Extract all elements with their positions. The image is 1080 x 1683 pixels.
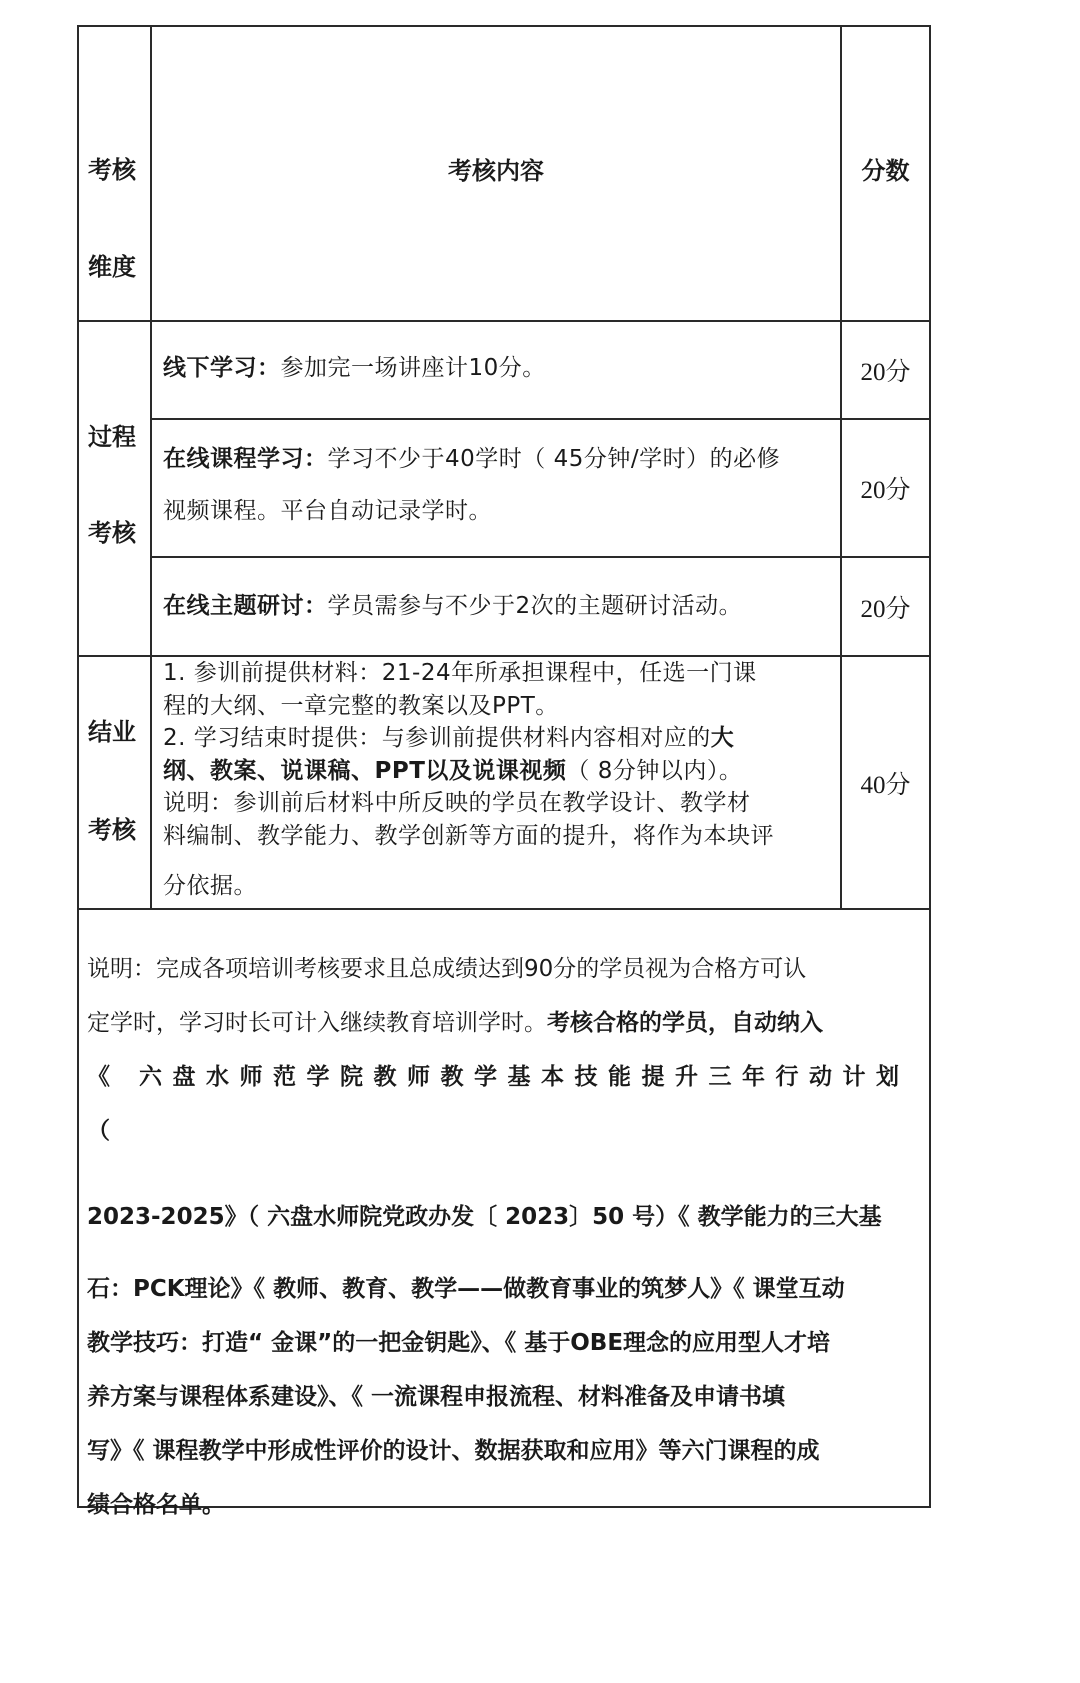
online-course-text-line1: 学习不少于40学时（ 45分钟/学时）的必修 xyxy=(328,446,781,472)
online-seminar-text: 学员需参与不少于2次的主题研讨活动。 xyxy=(328,593,743,619)
completion-line-6: 料编制、教学能力、教学创新等方面的提升，将作为本块评 xyxy=(163,820,835,853)
note-line-3: 《 六盘水师范学院教师教学基本技能提升三年行动计划（ xyxy=(87,1050,923,1158)
note-line-2-regular: 定学时，学习时长可计入继续教育培训学时。 xyxy=(87,1010,547,1036)
completion-line-3-bold: 大 xyxy=(711,725,735,751)
header-dimension-cell: 考核 维度 xyxy=(79,27,150,320)
online-course-label: 在线课程学习： xyxy=(163,446,328,472)
online-seminar-label: 在线主题研讨： xyxy=(163,593,328,619)
completion-line-7: 分依据。 xyxy=(163,870,835,903)
offline-score: 20分 xyxy=(860,352,910,388)
completion-line-1: 1. 参训前提供材料：21-24年所承担课程中，任选一门课 xyxy=(163,657,835,690)
online-seminar-score: 20分 xyxy=(860,589,910,625)
note-line-5: 石：PCK理论》《 教师、教育、教学——做教育事业的筑梦人》《 课堂互动 xyxy=(87,1262,923,1316)
online-course-score-cell: 20分 xyxy=(842,420,929,556)
process-row-online-course: 在线课程学习：学习不少于40学时（ 45分钟/学时）的必修 视频课程。平台自动记… xyxy=(163,420,833,556)
completion-score-cell: 40分 xyxy=(842,657,929,908)
completion-line-2: 程的大纲、一章完整的教案以及PPT。 xyxy=(163,690,835,723)
header-score: 分数 xyxy=(862,151,910,186)
completion-line-4-bold: 纲、教案、说课稿、PPT以及说课视频 xyxy=(163,758,566,784)
header-content-cell: 考核内容 xyxy=(152,27,840,320)
header-dimension-line1: 考核 xyxy=(88,158,136,182)
note-line-7: 养方案与课程体系建设》、《 一流课程申报流程、材料准备及申请书填 xyxy=(87,1370,923,1424)
header-content: 考核内容 xyxy=(448,151,544,186)
completion-content: 1. 参训前提供材料：21-24年所承担课程中，任选一门课 程的大纲、一章完整的… xyxy=(163,657,835,908)
process-row-online-seminar: 在线主题研讨：学员需参与不少于2次的主题研讨活动。 xyxy=(163,558,833,655)
completion-dimension-line1: 结业 xyxy=(88,720,136,744)
assessment-table: 考核 维度 考核内容 分数 过程 考核 线下学习：参加完一场讲座计10分。 20… xyxy=(77,25,931,1508)
header-dimension-line2: 维度 xyxy=(88,255,136,279)
completion-dimension-line2: 考核 xyxy=(88,818,136,842)
header-score-cell: 分数 xyxy=(842,27,929,320)
completion-dimension-cell: 结业 考核 xyxy=(79,657,150,908)
process-dimension-line2: 考核 xyxy=(88,521,136,545)
process-dimension-cell: 过程 考核 xyxy=(79,322,150,655)
offline-label: 线下学习： xyxy=(163,355,281,381)
offline-text: 参加完一场讲座计10分。 xyxy=(281,355,546,381)
process-row-offline: 线下学习：参加完一场讲座计10分。 xyxy=(163,322,833,418)
process-dimension-line1: 过程 xyxy=(88,425,136,449)
note-line-1: 说明：完成各项培训考核要求且总成绩达到90分的学员视为合格方可认 xyxy=(87,942,923,996)
completion-line-5: 说明：参训前后材料中所反映的学员在教学设计、教学材 xyxy=(163,787,835,820)
note-line-4: 2023-2025》（ 六盘水师院党政办发〔 2023〕50 号）《 教学能力的… xyxy=(87,1190,923,1244)
offline-score-cell: 20分 xyxy=(842,322,929,418)
online-seminar-score-cell: 20分 xyxy=(842,558,929,655)
note-section: 说明：完成各项培训考核要求且总成绩达到90分的学员视为合格方可认 定学时，学习时… xyxy=(87,910,923,1506)
note-line-8: 写》《 课程教学中形成性评价的设计、数据获取和应用》等六门课程的成 xyxy=(87,1424,923,1478)
completion-line-4-tail: （ 8分钟以内）。 xyxy=(566,758,742,784)
completion-line-3: 2. 学习结束时提供：与参训前提供材料内容相对应的 xyxy=(163,725,711,751)
note-line-6: 教学技巧：打造“ 金课”的一把金钥匙》、《 基于OBE理念的应用型人才培 xyxy=(87,1316,923,1370)
online-course-text-line2: 视频课程。平台自动记录学时。 xyxy=(163,485,833,537)
online-course-score: 20分 xyxy=(860,470,910,506)
note-line-2-bold: 考核合格的学员，自动纳入 xyxy=(547,1010,823,1036)
note-line-9: 绩合格名单。 xyxy=(87,1478,923,1532)
completion-score: 40分 xyxy=(860,765,910,801)
